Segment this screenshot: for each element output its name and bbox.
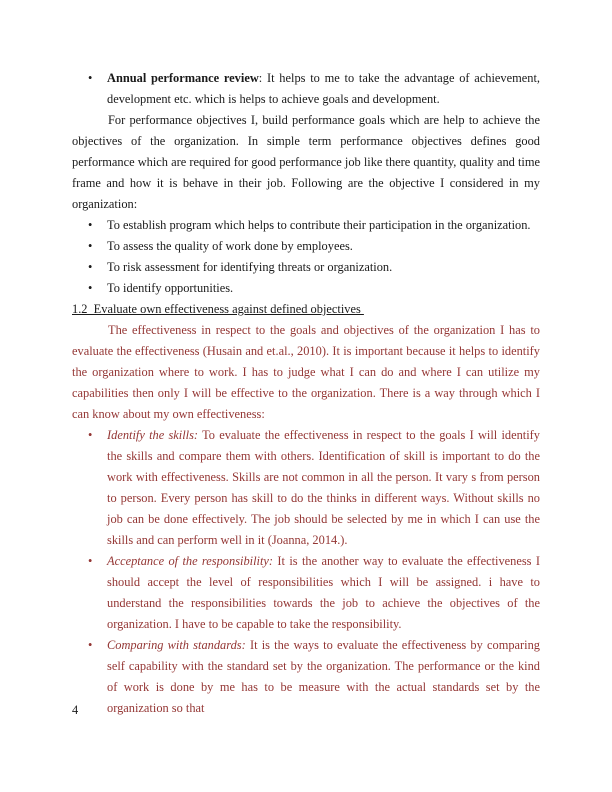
list-item-lead: Comparing with standards: bbox=[107, 638, 246, 652]
bullet-icon: • bbox=[88, 278, 92, 299]
list-item-lead: Acceptance of the responsibility: bbox=[107, 554, 273, 568]
list-item-text: To risk assessment for identifying threa… bbox=[107, 260, 392, 274]
list-item-objective-2: • To assess the quality of work done by … bbox=[107, 236, 540, 257]
section-heading: 1.2 Evaluate own effectiveness against d… bbox=[72, 299, 540, 320]
bullet-icon: • bbox=[88, 236, 92, 257]
list-item-text: To assess the quality of work done by em… bbox=[107, 239, 353, 253]
page-number: 4 bbox=[72, 703, 78, 718]
list-item-objective-1: • To establish program which helps to co… bbox=[107, 215, 540, 236]
list-item-objective-3: • To risk assessment for identifying thr… bbox=[107, 257, 540, 278]
list-item-objective-4: • To identify opportunities. bbox=[107, 278, 540, 299]
page-content: • Annual performance review: It helps to… bbox=[72, 68, 540, 719]
paragraph-performance-objectives: For performance objectives I, build perf… bbox=[72, 110, 540, 215]
bullet-icon: • bbox=[88, 215, 92, 236]
list-item-lead: Annual performance review bbox=[107, 71, 259, 85]
bullet-icon: • bbox=[88, 68, 92, 89]
list-item-text: To identify opportunities. bbox=[107, 281, 233, 295]
document-page: • Annual performance review: It helps to… bbox=[0, 0, 612, 792]
list-item-identify-skills: • Identify the skills: To evaluate the e… bbox=[107, 425, 540, 551]
bullet-icon: • bbox=[88, 551, 92, 572]
paragraph-effectiveness: The effectiveness in respect to the goal… bbox=[72, 320, 540, 425]
bullet-icon: • bbox=[88, 635, 92, 656]
section-heading-text: 1.2 Evaluate own effectiveness against d… bbox=[72, 302, 364, 316]
list-item-text: To evaluate the effectiveness in respect… bbox=[107, 428, 540, 547]
bullet-icon: • bbox=[88, 425, 92, 446]
list-item-annual-performance-review: • Annual performance review: It helps to… bbox=[107, 68, 540, 110]
list-item-lead: Identify the skills: bbox=[107, 428, 198, 442]
list-item-text: To establish program which helps to cont… bbox=[107, 218, 531, 232]
bullet-icon: • bbox=[88, 257, 92, 278]
list-item-comparing-standards: • Comparing with standards: It is the wa… bbox=[107, 635, 540, 719]
list-item-acceptance-responsibility: • Acceptance of the responsibility: It i… bbox=[107, 551, 540, 635]
